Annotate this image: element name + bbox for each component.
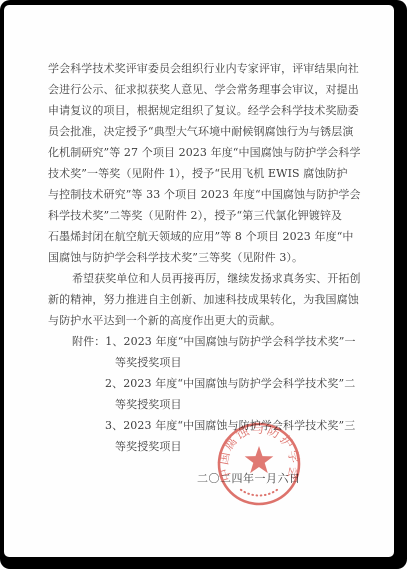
body-line: 石墨烯封闭在航空航天领域的应用”等 8 个项目 2023 年度“中 [48, 226, 364, 247]
body-line: 员会批准，决定授予“典型大气环境中耐候钢腐蚀行为与锈层演 [48, 121, 364, 142]
body-line: 技术奖”一等奖（见附件 1），授予“民用飞机 EWIS 腐蚀防护 [48, 163, 364, 184]
body-line: 会进行公示、征求拟获奖人意见、学会常务理事会审议，对提出 [48, 79, 364, 100]
attachment-line: 等奖授奖项目 [48, 352, 364, 373]
document-body: 学会科学技术奖评审委员会组织行业内专家评审，评审结果向社 会进行公示、征求拟获奖… [48, 58, 364, 457]
attachment-line: 附件：1、2023 年度“中国腐蚀与防护学会科学技术奖”一 [48, 331, 364, 352]
body-line: 科学技术奖”二等奖（见附件 2），授予“第三代氯化钾镀锌及 [48, 205, 364, 226]
body-line: 国腐蚀与防护学会科学技术奖”三等奖（见附件 3）。 [48, 247, 364, 268]
body-line: 希望获奖单位和人员再接再厉，继续发扬求真务实、开拓创 [48, 268, 364, 289]
body-line: 申请复议的项目，根据规定组织了复议。经学会科学技术奖励委 [48, 100, 364, 121]
seal-dotted-arc [241, 490, 277, 496]
scan-frame: 学会科学技术奖评审委员会组织行业内专家评审，评审结果向社 会进行公示、征求拟获奖… [0, 0, 407, 569]
star-icon [245, 446, 274, 473]
body-line: 化机制研究”等 27 个项目 2023 年度“中国腐蚀与防护学会科学 [48, 142, 364, 163]
body-line: 学会科学技术奖评审委员会组织行业内专家评审，评审结果向社 [48, 58, 364, 79]
body-line: 与控制技术研究”等 33 个项目 2023 年度“中国腐蚀与防护学会 [48, 184, 364, 205]
attachment-line: 2、2023 年度“中国腐蚀与防护学会科学技术奖”二 [48, 373, 364, 394]
body-line: 与防护水平达到一个新的高度作出更大的贡献。 [48, 310, 364, 331]
official-seal: 中国腐蚀与防护学会 [204, 409, 314, 519]
document-page: 学会科学技术奖评审委员会组织行业内专家评审，评审结果向社 会进行公示、征求拟获奖… [4, 5, 394, 557]
body-line: 新的精神，努力推进自主创新、加速科技成果转化，为我国腐蚀 [48, 289, 364, 310]
